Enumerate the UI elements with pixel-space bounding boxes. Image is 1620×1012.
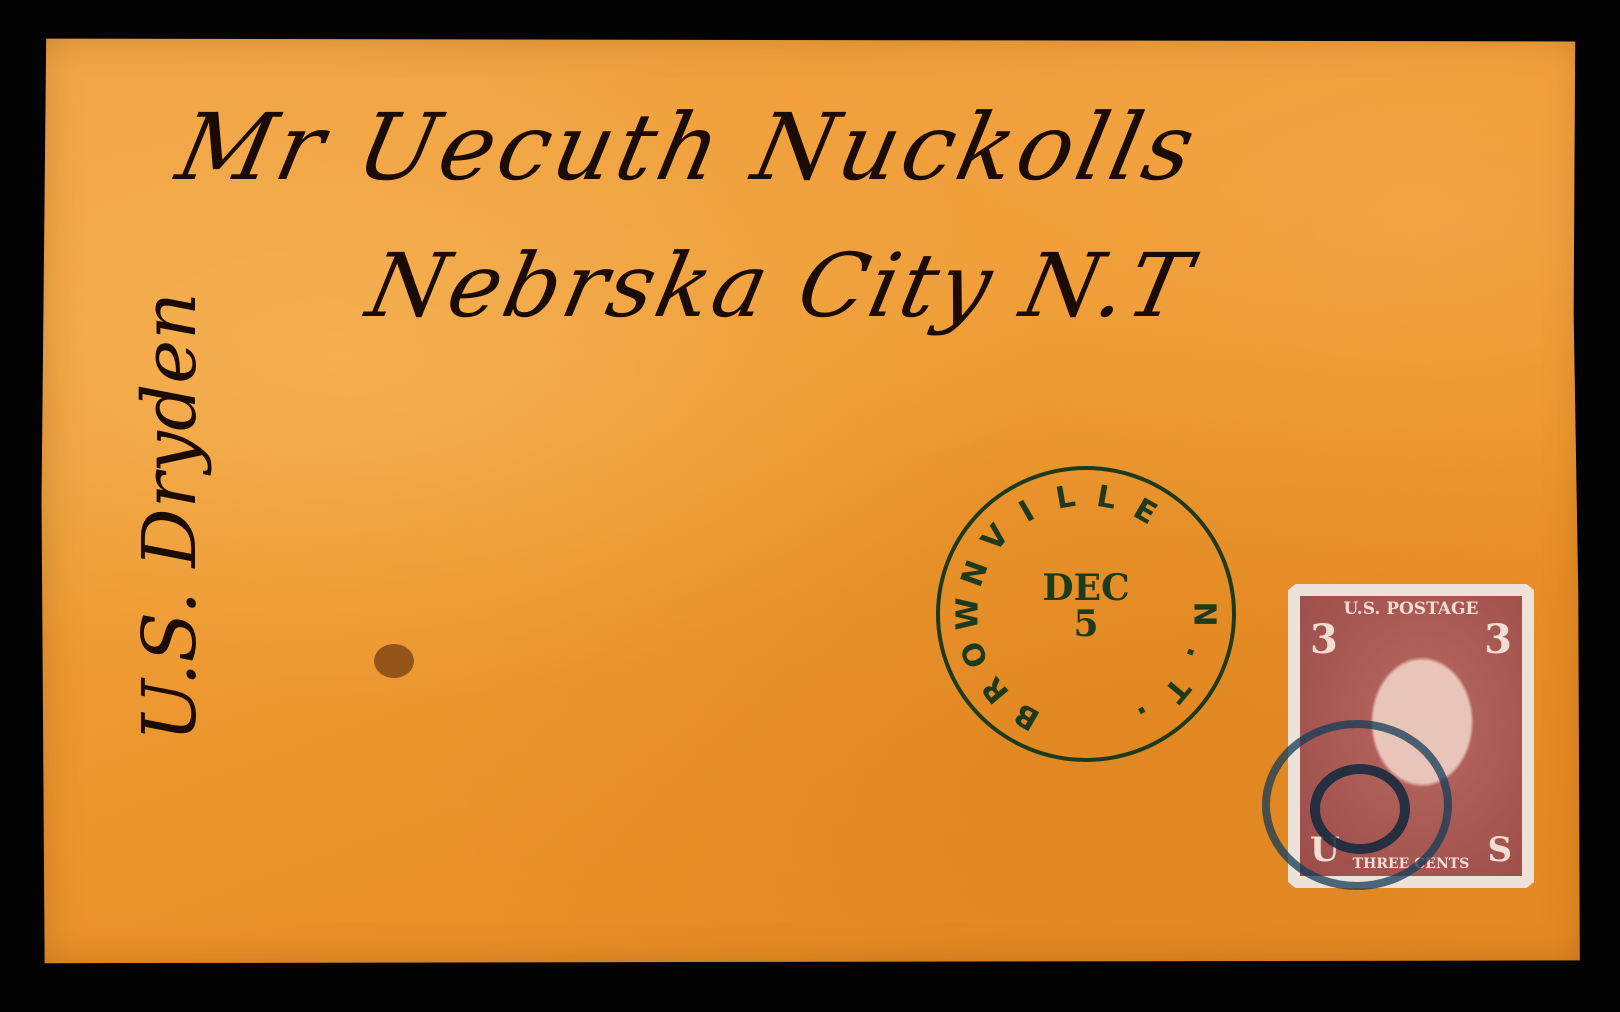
brownville-postmark: BROWNVILLE N.T. DEC 5 (936, 466, 1236, 762)
stain (374, 644, 414, 678)
postmark-date: DEC 5 (940, 570, 1232, 642)
postmark-letter: E (1127, 492, 1162, 533)
postmark-letter: V (975, 518, 1017, 558)
stamp-denomination-left: 3 (1310, 616, 1338, 663)
postmark-letter: B (1008, 695, 1045, 737)
postmark-letter: . (1178, 643, 1215, 666)
postmark-letter: . (1131, 698, 1158, 734)
postmark-letter: I (1013, 494, 1040, 530)
postmark-letter: R (975, 670, 1017, 710)
side-note: U.S. Dryden (127, 257, 213, 777)
stamp-denomination-right: 3 (1484, 616, 1512, 663)
postmark-day: 5 (940, 606, 1232, 642)
postmark-letter: L (1094, 479, 1119, 517)
address-line-2: Nebrska City N.T (359, 234, 1202, 337)
address-line-1: Mr Uecuth Nuckolls (169, 94, 1208, 201)
postmark-letter: L (1053, 479, 1078, 517)
stamp-corner-right: S (1487, 830, 1512, 870)
postmark-letter: T (1156, 671, 1196, 709)
postmark-month: DEC (940, 570, 1232, 606)
target-cancel-icon (1262, 720, 1452, 890)
